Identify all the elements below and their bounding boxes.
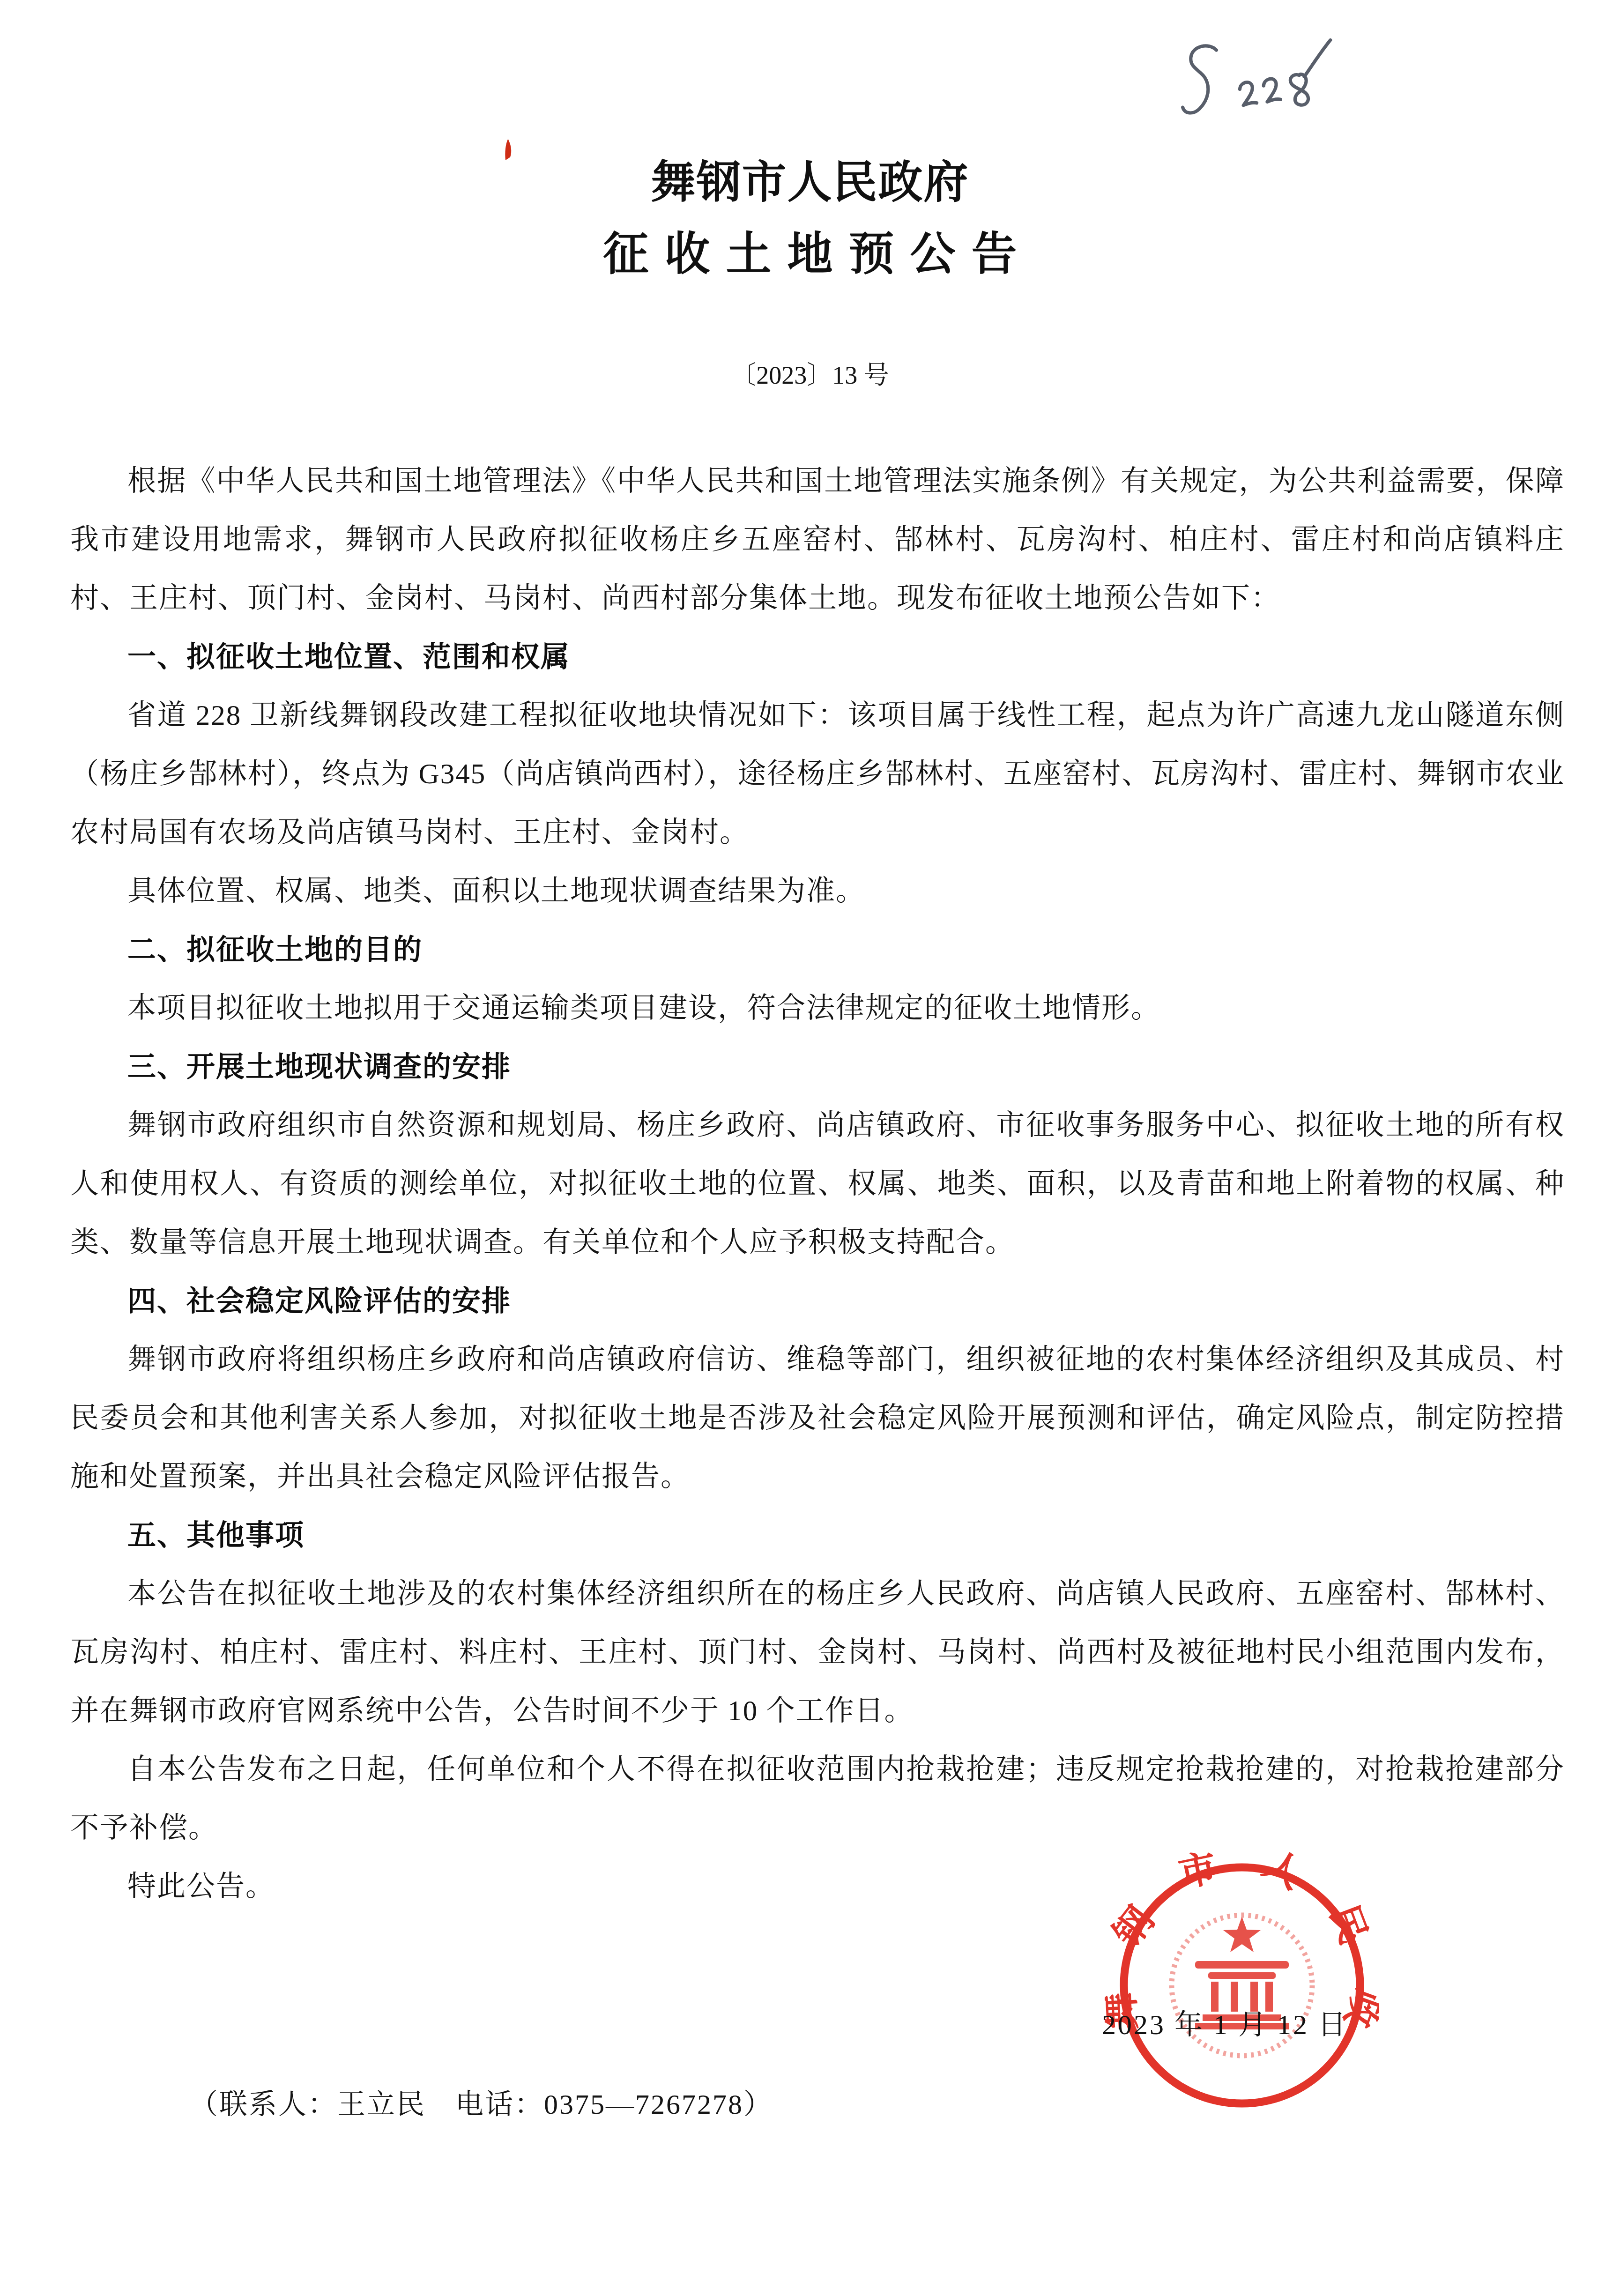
emblem-roof-upper bbox=[1195, 1961, 1289, 1969]
paragraph-intro: 根据《中华人民共和国土地管理法》《中华人民共和国土地管理法实施条例》有关规定，为… bbox=[70, 452, 1565, 628]
paragraph-section2: 本项目拟征收土地拟用于交通运输类项目建设，符合法律规定的征收土地情形。 bbox=[70, 979, 1565, 1038]
paragraph-section5-b: 自本公告发布之日起，任何单位和个人不得在拟征收范围内抢栽抢建；违反规定抢栽抢建的… bbox=[70, 1740, 1565, 1858]
section-heading-5: 五、其他事项 bbox=[70, 1506, 1565, 1565]
doc-title: 征收土地预公告 bbox=[0, 226, 1620, 283]
paragraph-section1-b: 具体位置、权属、地类、面积以土地现状调查结果为准。 bbox=[70, 862, 1565, 921]
handwriting-8 bbox=[1290, 74, 1309, 106]
issue-date: 2023 年 1 月 12 日 bbox=[1102, 2008, 1383, 2042]
emblem-roof-lower bbox=[1208, 1972, 1276, 1979]
document-body: 根据《中华人民共和国土地管理法》《中华人民共和国土地管理法实施条例》有关规定，为… bbox=[70, 452, 1565, 1916]
emblem-column-3 bbox=[1250, 1982, 1258, 2012]
emblem-column-1 bbox=[1211, 1982, 1219, 2012]
handwriting-strokes-svg bbox=[1174, 35, 1347, 126]
contact-line: （联系人：王立民 电话：0375—7267278） bbox=[190, 2086, 773, 2123]
emblem-star bbox=[1223, 1917, 1261, 1952]
handwritten-annotation: S228 bbox=[1174, 35, 1347, 126]
section-heading-3: 三、开展土地现状调查的安排 bbox=[70, 1038, 1565, 1096]
handwriting-8-tail bbox=[1301, 40, 1334, 77]
handwriting-2a bbox=[1239, 82, 1257, 105]
section-heading-4: 四、社会稳定风险评估的安排 bbox=[70, 1272, 1565, 1330]
paragraph-section4: 舞钢市政府将组织杨庄乡政府和尚店镇政府信访、维稳等部门，组织被征地的农村集体经济… bbox=[70, 1330, 1565, 1506]
emblem-column-2 bbox=[1231, 1982, 1238, 2012]
official-seal: 舞钢市人民政府 bbox=[1105, 1845, 1379, 2126]
paragraph-section5-a: 本公告在拟征收土地涉及的农村集体经济组织所在的杨庄乡人民政府、尚店镇人民政府、五… bbox=[70, 1565, 1565, 1740]
paragraph-section3: 舞钢市政府组织市自然资源和规划局、杨庄乡政府、尚店镇政府、市征收事务服务中心、拟… bbox=[70, 1096, 1565, 1272]
doc-number: 〔2023〕13 号 bbox=[0, 360, 1620, 391]
section-heading-1: 一、拟征收土地位置、范围和权属 bbox=[70, 628, 1565, 686]
handwriting-s bbox=[1177, 45, 1223, 113]
section-heading-2: 二、拟征收土地的目的 bbox=[70, 921, 1565, 979]
handwriting-2b bbox=[1263, 78, 1281, 102]
org-title: 舞钢市人民政府 bbox=[0, 155, 1620, 211]
emblem-column-4 bbox=[1265, 1982, 1273, 2012]
paragraph-section1-a: 省道 228 卫新线舞钢段改建工程拟征收地块情况如下：该项目属于线性工程，起点为… bbox=[70, 686, 1565, 862]
scanned-announcement-page: S228 舞钢市人民政府 征收土地预公告 〔2023〕13 号 根据《中华人民共… bbox=[0, 0, 1620, 2296]
